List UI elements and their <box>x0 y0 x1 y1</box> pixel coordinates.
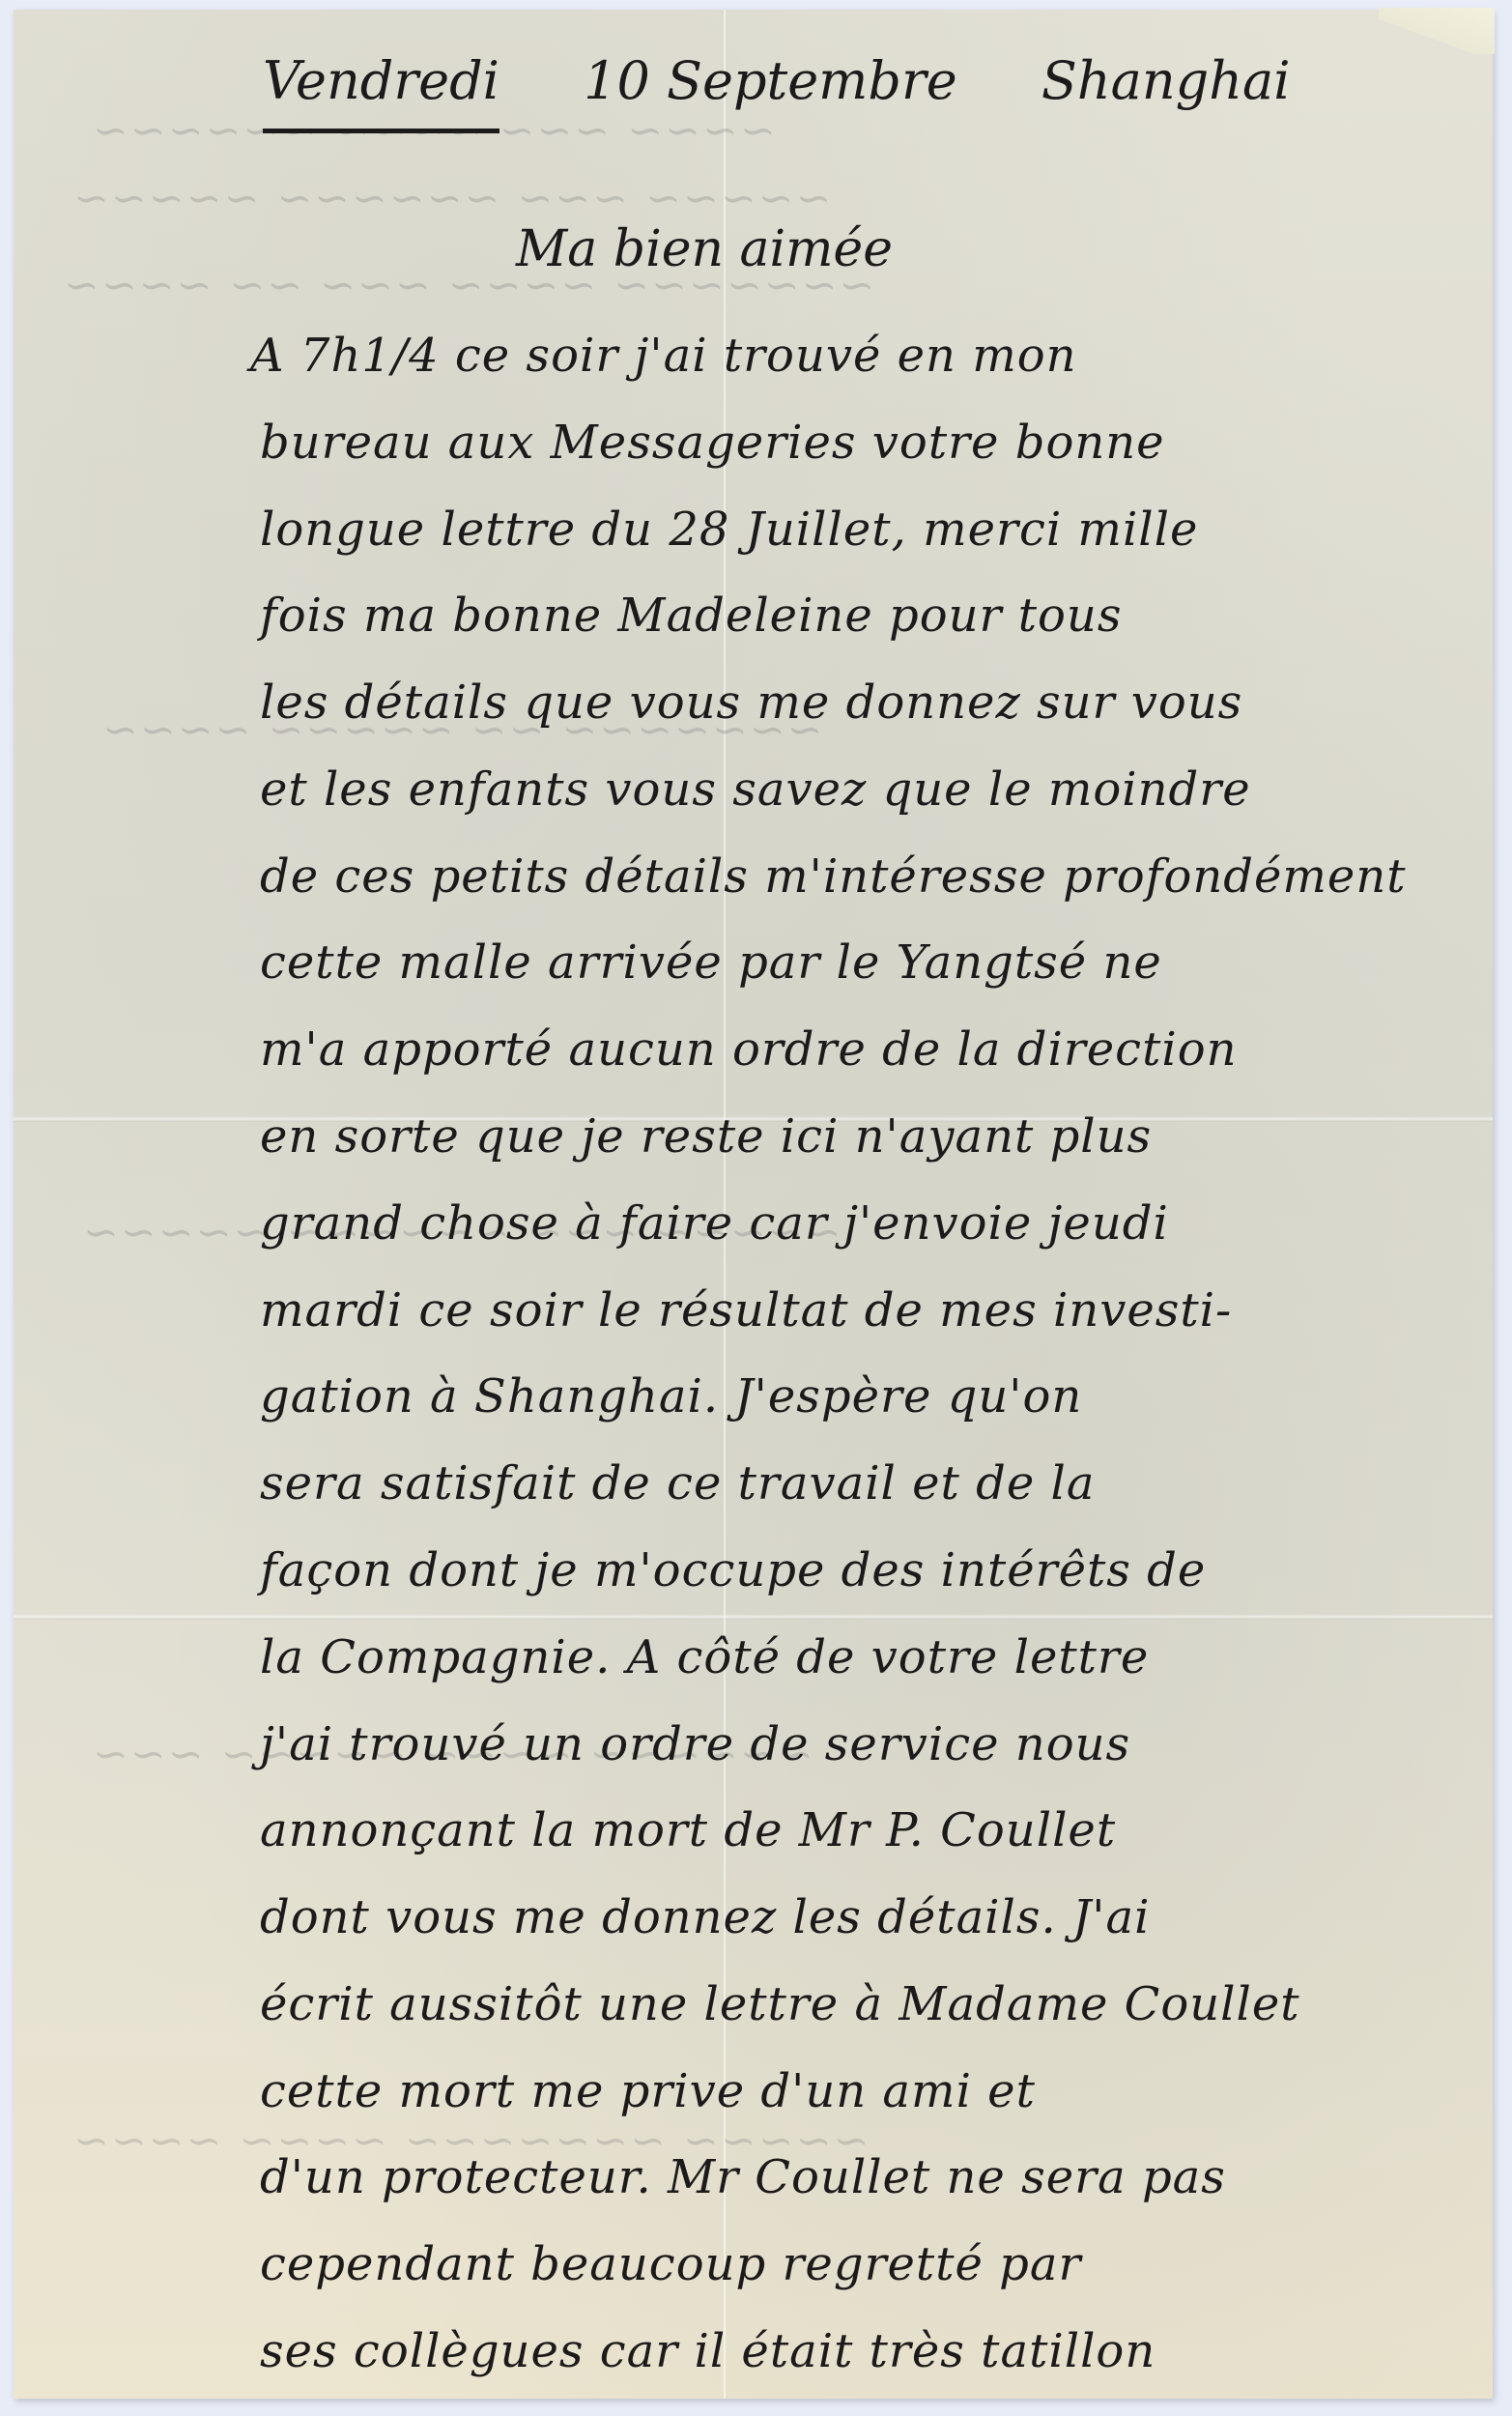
letter-line: en sorte que je reste ici n'ayant plus <box>260 1109 1152 1164</box>
letter-line: la Compagnie. A côté de votre lettre <box>260 1630 1149 1684</box>
letter-line: façon dont je m'occupe des intérêts de <box>260 1543 1206 1597</box>
letter-line: et les enfants vous savez que le moindre <box>260 762 1251 817</box>
salutation: Ma bien aimée <box>516 220 893 278</box>
letter-line: gation à Shanghai. J'espère qu'on <box>260 1369 1082 1424</box>
heading-place: Shanghai <box>1041 50 1291 111</box>
letter-line: dont vous me donnez les détails. J'ai <box>260 1890 1150 1944</box>
heading-date: 10 Septembre <box>584 50 957 111</box>
letter-line: j'ai trouvé un ordre de service nous <box>260 1717 1130 1771</box>
letter-line: cette malle arrivée par le Yangtsé ne <box>260 935 1162 990</box>
letter-line: d'un protecteur. Mr Coullet ne sera pas <box>260 2150 1226 2204</box>
folded-corner <box>1379 8 1495 54</box>
letter-page: ~~~~ ~~~ ~~~~ ~~~~~~ ~~~~~ ~~~ ~~~~~~ ~~… <box>14 10 1493 2399</box>
paper-fold-horizontal-2 <box>14 1614 1493 1620</box>
letter-line: les détails que vous me donnez sur vous <box>260 676 1242 730</box>
letter-line: ses collègues car il était très tatillon <box>260 2324 1155 2378</box>
letter-line: grand chose à faire car j'envoie jeudi <box>260 1196 1169 1251</box>
letter-line: bureau aux Messageries votre bonne <box>260 416 1165 470</box>
letter-line: sera satisfait de ce travail et de la <box>260 1456 1095 1510</box>
letter-line: cependant beaucoup regretté par <box>260 2237 1081 2291</box>
letter-line: écrit aussitôt une lettre à Madame Coull… <box>260 1977 1300 2031</box>
heading-weekday: Vendredi <box>263 50 499 133</box>
letter-line: annonçant la mort de Mr P. Coullet <box>260 1803 1116 1857</box>
letter-line: m'a apporté aucun ordre de la direction <box>260 1022 1238 1077</box>
letter-line: fois ma bonne Madeleine pour tous <box>260 589 1122 643</box>
bleed-through-text: ~~~~~ ~~~ ~~~~~~ ~~~~~ <box>71 174 831 223</box>
letter-line: cette mort me prive d'un ami et <box>260 2064 1036 2118</box>
letter-heading: Vendredi 10 Septembre Shanghai <box>263 50 1357 111</box>
letter-line: A 7h1/4 ce soir j'ai trouvé en mon <box>250 329 1077 383</box>
letter-line: mardi ce soir le résultat de mes investi… <box>260 1283 1232 1337</box>
letter-line: de ces petits détails m'intéresse profon… <box>260 849 1407 904</box>
letter-line: longue lettre du 28 Juillet, merci mille <box>260 503 1198 557</box>
